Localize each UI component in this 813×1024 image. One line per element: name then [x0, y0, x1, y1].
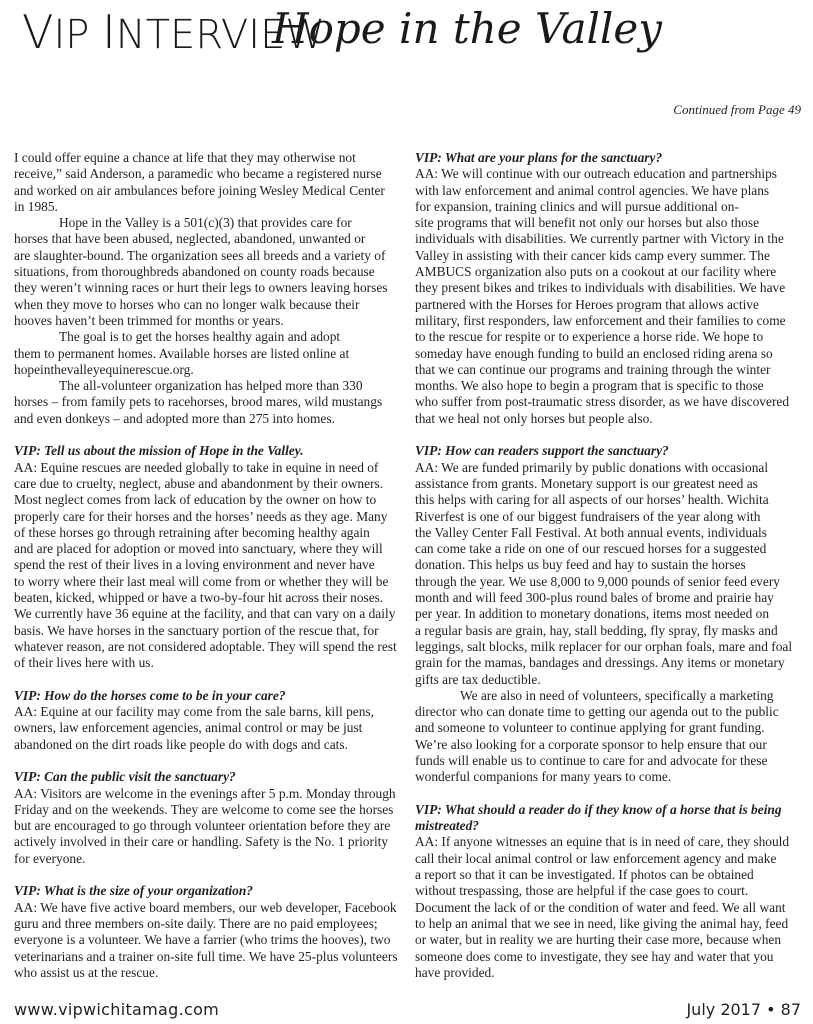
answer-line: site programs that will benefit not only…: [415, 215, 807, 231]
answer-line: We are also in need of volunteers, speci…: [415, 688, 807, 704]
answer-line: actively involved in their care or handl…: [14, 834, 406, 850]
answer-line: AA: Equine rescues are needed globally t…: [14, 460, 406, 476]
qa-public-visit: VIP: Can the public visit the sanctuary?…: [14, 769, 406, 867]
footer-website: www.vipwichitamag.com: [14, 1000, 219, 1019]
answer-line: veterinarians and a trainer on-site full…: [14, 949, 406, 965]
answer-line: they present bikes and trikes to individ…: [415, 280, 807, 296]
answer-line: who assist us at the rescue.: [14, 965, 406, 981]
answer-line: everyone is a volunteer. We have a farri…: [14, 932, 406, 948]
answer-line: AA: Equine at our facility may come from…: [14, 704, 406, 720]
question: VIP: Tell us about the mission of Hope i…: [14, 443, 406, 459]
answer-line: a regular basis are grain, hay, stall be…: [415, 623, 807, 639]
answer-line: military, first responders, law enforcem…: [415, 313, 807, 329]
text-line: are slaughter-bound. The organization se…: [14, 248, 406, 264]
answer-line: through the year. We use 8,000 to 9,000 …: [415, 574, 807, 590]
answer-line: AMBUCS organization also puts on a cooko…: [415, 264, 807, 280]
text-line: Hope in the Valley is a 501(c)(3) that p…: [14, 215, 406, 231]
question: VIP: How can readers support the sanctua…: [415, 443, 807, 459]
answer-line: someday have enough funding to build an …: [415, 346, 807, 362]
right-column: VIP: What are your plans for the sanctua…: [415, 150, 807, 981]
answer-line: care due to cruelty, neglect, abuse and …: [14, 476, 406, 492]
answer-line: to help an animal that we see in need, l…: [415, 916, 807, 932]
answer-line: for expansion, training clinics and will…: [415, 199, 807, 215]
text-line: hooves haven’t been trimmed for months o…: [14, 313, 406, 329]
text-line: horses – from family pets to racehorses,…: [14, 394, 406, 410]
answer-line: Valley in assisting with their cancer ki…: [415, 248, 807, 264]
text-line: them to permanent homes. Available horse…: [14, 346, 406, 362]
text-line: when they move to horses who can no long…: [14, 297, 406, 313]
title-letter-v: V: [22, 5, 53, 59]
paragraph-stats: The all-volunteer organization has helpe…: [14, 378, 406, 427]
question: VIP: Can the public visit the sanctuary?: [14, 769, 406, 785]
answer-line: abandoned on the dirt roads like people …: [14, 737, 406, 753]
answer-line: have provided.: [415, 965, 807, 981]
answer-line: with law enforcement and animal control …: [415, 183, 807, 199]
answer-line: grain for the mamas, bandages and dressi…: [415, 655, 807, 671]
continued-note: Continued from Page 49: [673, 102, 801, 118]
answer-line: can come take a ride on one of our rescu…: [415, 541, 807, 557]
answer-line: who suffer from post-traumatic stress di…: [415, 394, 807, 410]
answer-line: the Valley Center Fall Festival. At both…: [415, 525, 807, 541]
answer-line: Document the lack of or the condition of…: [415, 900, 807, 916]
answer-line: of their lives here with us.: [14, 655, 406, 671]
answer-line: individuals with disabilities. We curren…: [415, 231, 807, 247]
footer-issue-page: July 2017 • 87: [686, 1000, 801, 1019]
answer-line: Friday and on the weekends. They are wel…: [14, 802, 406, 818]
answer-line: months. We also hope to begin a program …: [415, 378, 807, 394]
answer-line: wonderful companions for many years to c…: [415, 769, 807, 785]
qa-horses-care: VIP: How do the horses come to be in you…: [14, 688, 406, 753]
answer-line: to worry where their last meal will come…: [14, 574, 406, 590]
question: VIP: What are your plans for the sanctua…: [415, 150, 807, 166]
answer-line: without trespassing, those are helpful i…: [415, 883, 807, 899]
paragraph-organization: Hope in the Valley is a 501(c)(3) that p…: [14, 215, 406, 329]
question: VIP: What is the size of your organizati…: [14, 883, 406, 899]
answer-line: AA: We have five active board members, o…: [14, 900, 406, 916]
answer-line: gifts are tax deductible.: [415, 672, 807, 688]
qa-plans: VIP: What are your plans for the sanctua…: [415, 150, 807, 427]
answer-line: whatever reason, are not considered adop…: [14, 639, 406, 655]
answer-line: We currently have 36 equine at the facil…: [14, 606, 406, 622]
text-line: and even donkeys – and adopted more than…: [14, 411, 406, 427]
answer-line: a report so that it can be investigated.…: [415, 867, 807, 883]
website-text: hopeinthevalleyequinerescue.org.: [14, 362, 406, 378]
answer-line: Most neglect comes from lack of educatio…: [14, 492, 406, 508]
text-line: and worked on air ambulances before join…: [14, 183, 406, 199]
answer-line: director who can donate time to getting …: [415, 704, 807, 720]
question: mistreated?: [415, 818, 807, 834]
answer-line: assistance from grants. Monetary support…: [415, 476, 807, 492]
answer-line: leggings, salt blocks, milk replacer for…: [415, 639, 807, 655]
text-line: they weren’t winning races or hurt their…: [14, 280, 406, 296]
answer-line: AA: If anyone witnesses an equine that i…: [415, 834, 807, 850]
answer-line: Riverfest is one of our biggest fundrais…: [415, 509, 807, 525]
answer-line: but are encouraged to go through volunte…: [14, 818, 406, 834]
answer-line: per year. In addition to monetary donati…: [415, 606, 807, 622]
qa-organization-size: VIP: What is the size of your organizati…: [14, 883, 406, 981]
text-line: The goal is to get the horses healthy ag…: [14, 329, 406, 345]
page-header: VIP INTERVIEW Hope in the Valley: [0, 0, 813, 75]
left-column: I could offer equine a chance at life th…: [14, 150, 406, 981]
answer-line: basis. We have horses in the sanctuary p…: [14, 623, 406, 639]
answer-line: this helps with caring for all aspects o…: [415, 492, 807, 508]
answer-line: month and will feed 300-plus round bales…: [415, 590, 807, 606]
answer-line: funds will enable us to continue to care…: [415, 753, 807, 769]
answer-line: We’re also looking for a corporate spons…: [415, 737, 807, 753]
answer-line: AA: We are funded primarily by public do…: [415, 460, 807, 476]
answer-line: for everyone.: [14, 851, 406, 867]
intro-paragraph: I could offer equine a chance at life th…: [14, 150, 406, 215]
answer-line: spend the rest of their lives in a lovin…: [14, 557, 406, 573]
answer-line: call their local animal control or law e…: [415, 851, 807, 867]
title-letters-ip: IP: [53, 12, 102, 58]
answer-line: AA: Visitors are welcome in the evenings…: [14, 786, 406, 802]
text-line: horses that have been abused, neglected,…: [14, 231, 406, 247]
answer-line: and are placed for adoption or moved int…: [14, 541, 406, 557]
text-line: I could offer equine a chance at life th…: [14, 150, 406, 166]
answer-line: beaten, kicked, whipped or have a two-by…: [14, 590, 406, 606]
answer-line: partnered with the Horses for Heroes pro…: [415, 297, 807, 313]
answer-line: and someone to volunteer to continue app…: [415, 720, 807, 736]
answer-line: donation. This helps us buy feed and hay…: [415, 557, 807, 573]
answer-line: that we heal not only horses but people …: [415, 411, 807, 427]
qa-support: VIP: How can readers support the sanctua…: [415, 443, 807, 785]
qa-mistreated: VIP: What should a reader do if they kno…: [415, 802, 807, 981]
paragraph-goal: The goal is to get the horses healthy ag…: [14, 329, 406, 378]
answer-line: guru and three members on-site daily. Th…: [14, 916, 406, 932]
answer-line: to the rescue for respite or to experien…: [415, 329, 807, 345]
answer-line: owners, law enforcement agencies, animal…: [14, 720, 406, 736]
question: VIP: What should a reader do if they kno…: [415, 802, 807, 818]
title-letter-i: I: [102, 5, 116, 59]
answer-line: someone does come to investigate, they s…: [415, 949, 807, 965]
article-title-script: Hope in the Valley: [272, 0, 662, 60]
answer-line: that we can continue our programs and tr…: [415, 362, 807, 378]
answer-line: AA: We will continue with our outreach e…: [415, 166, 807, 182]
qa-mission: VIP: Tell us about the mission of Hope i…: [14, 443, 406, 671]
answer-line: properly care for their horses and the h…: [14, 509, 406, 525]
text-line: The all-volunteer organization has helpe…: [14, 378, 406, 394]
question: VIP: How do the horses come to be in you…: [14, 688, 406, 704]
text-line: receive,” said Anderson, a paramedic who…: [14, 166, 406, 182]
answer-line: or water, but in reality we are hurting …: [415, 932, 807, 948]
text-line: situations, from thoroughbreds abandoned…: [14, 264, 406, 280]
text-line: in 1985.: [14, 199, 406, 215]
answer-line: of these horses go through retraining af…: [14, 525, 406, 541]
